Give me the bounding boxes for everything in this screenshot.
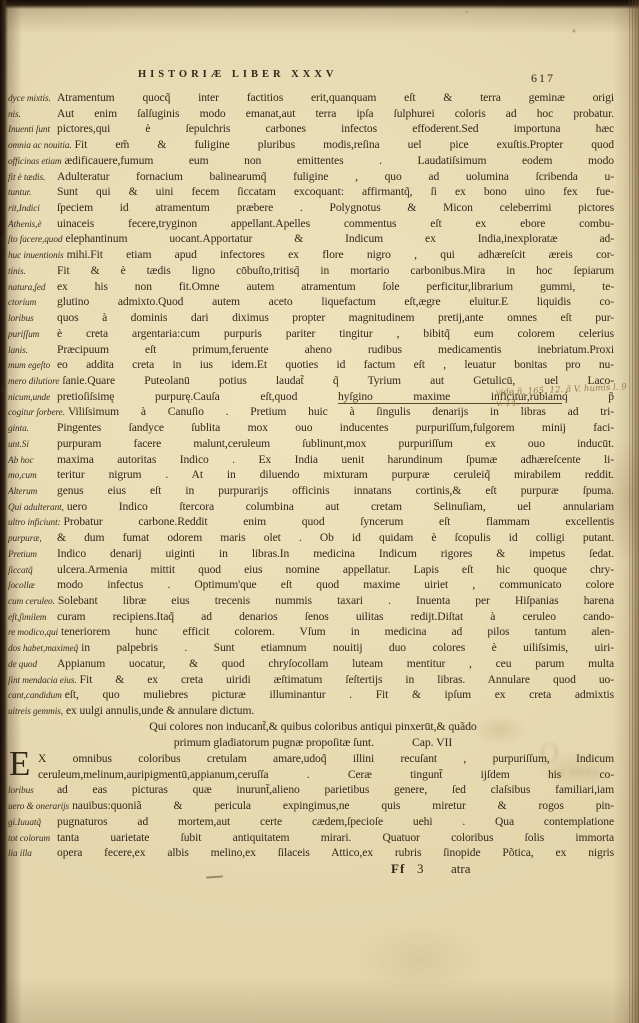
margin-overrun-fragment: tinis. bbox=[8, 265, 57, 279]
line-body: Adulteratur fornacium balinearumq̃ fulig… bbox=[57, 169, 614, 185]
line-body: curam recipiens.Itaq̃ ad denarios ſenos … bbox=[57, 609, 614, 625]
line-body: Pingentes ſandyce ſublita mox ouo induce… bbox=[57, 420, 614, 436]
margin-overrun-fragment: Pretium bbox=[8, 548, 57, 562]
text-line: tuntur.Sunt qui & uini fecem ſiccatam ex… bbox=[8, 184, 614, 200]
text-line: Inuenti ſuntpictores,qui è ſepulchris ca… bbox=[8, 121, 614, 137]
text-line: officinas etiamædificauere,fumum eum non… bbox=[8, 153, 614, 169]
catchword: atra bbox=[451, 861, 470, 877]
text-line: eſt,ſimilemcuram recipiens.Itaq̃ ad dena… bbox=[8, 609, 614, 625]
line-body: Fit & ex creta uiridi æſtimatum ſeſterti… bbox=[80, 672, 614, 688]
chapter-heading-line1: Qui colores non inducant̃,& quibus color… bbox=[30, 719, 596, 735]
text-line: lanis.Præcipuum eſt primum,feruente ahen… bbox=[8, 342, 614, 358]
margin-overrun-fragment: unt.Si bbox=[8, 438, 57, 452]
margin-overrun-fragment: mo,cum bbox=[8, 469, 57, 483]
margin-overrun-fragment: puriſſum bbox=[8, 328, 57, 342]
line-body: purpuram facere malunt,ceruleum ſublinun… bbox=[57, 436, 614, 452]
margin-overrun-fragment: cum ceruleo. bbox=[8, 595, 58, 609]
line-body: Fit & è tædis ligno cōbuſto,tritisq̃ in … bbox=[57, 263, 614, 279]
line-body: Fit em̃ & fuligine pluribus modis,reſina… bbox=[75, 137, 614, 153]
text-line: nis.Aut enim ſalſuginis modo emanat,aut … bbox=[8, 106, 614, 122]
margin-overrun-fragment: nicum,unde bbox=[8, 391, 57, 405]
line-body: ceruleum,melinum,auripigmentū,appianum,c… bbox=[38, 767, 614, 783]
margin-overrun-fragment: huc inuentionis bbox=[8, 249, 67, 263]
chapter-heading-line2-text: primum gladiatorum pugnæ propoſitæ ſunt. bbox=[174, 735, 374, 751]
margin-overrun-fragment: ſiccatq̃ bbox=[8, 564, 57, 578]
line-body: teritur nigrum . At in diluendo mixturam… bbox=[57, 467, 614, 483]
chapter-heading-line2: primum gladiatorum pugnæ propoſitæ ſunt.… bbox=[30, 735, 596, 751]
margin-overrun-fragment: ſint mendacia eius. bbox=[8, 674, 80, 688]
line-body: & dum fumat odorem maris olet . Ob id qu… bbox=[57, 530, 614, 546]
margin-overrun-fragment: purpuræ, bbox=[8, 532, 57, 546]
signature-row: Ff 3 atra bbox=[0, 861, 639, 879]
line-body: nauibus:quoniã & pericula expingimus,ne … bbox=[72, 798, 614, 814]
margin-overrun-fragment: Ab hoc bbox=[8, 454, 57, 468]
chapter-number: Cap. VII bbox=[412, 735, 452, 751]
margin-overrun-fragment: ultro inficiunt: bbox=[8, 516, 64, 530]
line-body: Aut enim ſalſuginis modo emanat,aut terr… bbox=[57, 106, 614, 122]
line-body: pictores,qui è ſepulchris carbones infec… bbox=[57, 121, 614, 137]
text-line: Athenis,èuinaceis fecere,tryginon appell… bbox=[8, 216, 614, 232]
margin-overrun-fragment: officinas etiam bbox=[8, 155, 65, 169]
line-body: X omnibus coloribus cretulam amare,udoq̃… bbox=[38, 751, 614, 767]
text-line: mum egeſtoeo addita creta in ius idem.Et… bbox=[8, 357, 614, 373]
printed-margin-mark: a bbox=[1, 384, 5, 393]
text-line: ginta.Pingentes ſandyce ſublita mox ouo … bbox=[8, 420, 614, 436]
printed-margin-mark: a bbox=[1, 234, 5, 243]
line-body: uero Indico ſtercora columbina aut creta… bbox=[67, 499, 614, 515]
line-body: Solebant libræ eius trecenis nummis taxa… bbox=[58, 593, 614, 609]
margin-overrun-fragment: fit è tædis. bbox=[8, 171, 57, 185]
text-line: X omnibus coloribus cretulam amare,udoq̃… bbox=[8, 751, 614, 767]
margin-overrun-fragment: dos habet,maximeq̃ bbox=[8, 642, 81, 656]
margin-overrun-fragment: Inuenti ſunt bbox=[8, 123, 57, 137]
text-line: ſto facere,quodelephantinum uocant.Appor… bbox=[8, 231, 614, 247]
text-line: cant,candidumeſt, quo muliebres picturæ … bbox=[8, 687, 614, 703]
line-body: in palpebris . Sunt etiamnum nouitij duo… bbox=[81, 640, 614, 656]
text-line: PretiumIndico denarij uiginti in libras.… bbox=[8, 546, 614, 562]
margin-overrun-fragment: lanis. bbox=[8, 344, 57, 358]
margin-overrun-fragment: uero & onerarijs bbox=[8, 800, 72, 814]
gathering-signature-number: 3 bbox=[417, 861, 424, 877]
line-body: maxima autoritas Indico . Ex India uenit… bbox=[57, 452, 614, 468]
line-body: Atramentum quocq̃ inter factitios erit,q… bbox=[57, 90, 614, 106]
line-body: genus eius eſt in purpurarijs officinis … bbox=[57, 483, 614, 499]
margin-overrun-fragment: tuntur. bbox=[8, 186, 57, 200]
margin-overrun-fragment: dyce mixtis. bbox=[8, 92, 57, 106]
line-body: glutino admixto.Quod autem aceto liquefa… bbox=[57, 294, 614, 310]
margin-overrun-fragment: uitreis gemmis, bbox=[8, 705, 66, 719]
text-line: Alterumgenus eius eſt in purpurarijs off… bbox=[8, 483, 614, 499]
margin-overrun-fragment: lia illa bbox=[8, 847, 57, 861]
margin-overrun-fragment: loribus bbox=[8, 312, 57, 326]
text-line: tot colorumtanta uarietate ſubit antiqui… bbox=[8, 830, 614, 846]
margin-overrun-fragment: cant,candidum bbox=[8, 689, 65, 703]
text-line: cum ceruleo.Solebant libræ eius trecenis… bbox=[8, 593, 614, 609]
text-line: omnia ac nouitia.Fit em̃ & fuligine plur… bbox=[8, 137, 614, 153]
line-body: ædificauere,fumum eum non emittentes . L… bbox=[65, 153, 614, 169]
margin-overrun-fragment: ſocollæ bbox=[8, 579, 57, 593]
margin-overrun-fragment: omnia ac nouitia. bbox=[8, 139, 75, 153]
margin-overrun-fragment: loribus bbox=[8, 784, 57, 798]
margin-overrun-fragment: re modico,qui bbox=[8, 626, 61, 640]
page-number: 617 bbox=[531, 71, 555, 86]
margin-overrun-fragment: natura,ſed bbox=[8, 281, 57, 295]
margin-overrun-fragment: mero dilutiore bbox=[8, 375, 62, 389]
chapter-heading: Qui colores non inducant̃,& quibus color… bbox=[30, 719, 596, 750]
text-line: gi.Iuuatq̃pugnaturos ad mortem,aut certe… bbox=[8, 814, 614, 830]
book-photo: HISTORIÆ LIBER XXXV 617 dyce mixtis.Atra… bbox=[0, 0, 639, 1023]
margin-overrun-fragment: mum egeſto bbox=[8, 359, 57, 373]
line-body: Indico denarij uiginti in libras.In medi… bbox=[57, 546, 614, 562]
margin-overrun-fragment: ctorium bbox=[8, 296, 57, 310]
running-header: HISTORIÆ LIBER XXXV bbox=[138, 69, 538, 80]
text-line: re modico,quiteneriorem hunc efficit col… bbox=[8, 624, 614, 640]
margin-overrun-fragment: ginta. bbox=[8, 422, 57, 436]
gathering-signature: Ff bbox=[391, 861, 405, 877]
line-body: è creta argentaria:cum purpuris pariter … bbox=[57, 326, 614, 342]
text-line: de quodAppianum uocatur, & quod chryſoco… bbox=[8, 656, 614, 672]
text-line: natura,ſedex his non fit.Omne autem atra… bbox=[8, 279, 614, 295]
line-body: Sunt qui & uini fecem ſiccatam excoquant… bbox=[57, 184, 614, 200]
text-line: rit,Indiciſpeciem id atramentum præbere … bbox=[8, 200, 614, 216]
margin-overrun-fragment: gi.Iuuatq̃ bbox=[8, 816, 57, 830]
text-line: dos habet,maximeq̃in palpebris . Sunt et… bbox=[8, 640, 614, 656]
text-line: ſiccatq̃ulcera.Armenia mittit quod eius … bbox=[8, 562, 614, 578]
text-line: uero & onerarijsnauibus:quoniã & pericul… bbox=[8, 798, 614, 814]
text-line: lia illaopera fecere,ex albis melino,ex … bbox=[8, 845, 614, 861]
text-line: purpuræ,& dum fumat odorem maris olet . … bbox=[8, 530, 614, 546]
line-body: tanta uarietate ſubit antiquitatem mirar… bbox=[57, 830, 614, 846]
line-body: ſpeciem id atramentum præbere . Polygnot… bbox=[57, 200, 614, 216]
line-body: opera fecere,ex albis melino,ex ſilaceis… bbox=[57, 845, 614, 861]
margin-overrun-fragment: Qui adulterant, bbox=[8, 501, 67, 515]
text-line: Ab hocmaxima autoritas Indico . Ex India… bbox=[8, 452, 614, 468]
line-body: eſt, quo muliebres picturæ illuminantur … bbox=[65, 687, 614, 703]
line-body: eo addita creta in ius idem.Et quoties i… bbox=[57, 357, 614, 373]
line-body: uinaceis fecere,tryginon appellant.Apell… bbox=[57, 216, 614, 232]
line-body: elephantinum uocant.Apportatur & Indicum… bbox=[65, 231, 614, 247]
line-body: Præcipuum eſt primum,feruente aheno rudi… bbox=[57, 342, 614, 358]
text-line: uitreis gemmis,ex uulgi annulis,unde & a… bbox=[8, 703, 614, 719]
line-body: ulcera.Armenia mittit quod eius nomine a… bbox=[57, 562, 614, 578]
text-line: Qui adulterant,uero Indico ſtercora colu… bbox=[8, 499, 614, 515]
line-body: quos à dominis dari diximus propter magn… bbox=[57, 310, 614, 326]
margin-overrun-fragment: tot colorum bbox=[8, 832, 57, 846]
line-body: ex uulgi annulis,unde & annulare dictum. bbox=[66, 703, 614, 719]
line-body: modo infectus . Optimum'que eſt quod max… bbox=[57, 577, 614, 593]
chapter-text-block: X omnibus coloribus cretulam amare,udoq̃… bbox=[8, 751, 614, 861]
margin-overrun-fragment: rit,Indici bbox=[8, 202, 57, 216]
line-body: ex his non fit.Omne autem atramentum ſol… bbox=[57, 279, 614, 295]
margin-overrun-fragment: Athenis,è bbox=[8, 218, 57, 232]
text-line: unt.Sipurpuram facere malunt,ceruleum ſu… bbox=[8, 436, 614, 452]
text-line: tinis.Fit & è tædis ligno cōbuſto,tritis… bbox=[8, 263, 614, 279]
text-line: ſocollæmodo infectus . Optimum'que eſt q… bbox=[8, 577, 614, 593]
photo-edge-top bbox=[0, 0, 639, 9]
text-line: ſint mendacia eius.Fit & ex creta uiridi… bbox=[8, 672, 614, 688]
text-line: loribusquos à dominis dari diximus propt… bbox=[8, 310, 614, 326]
margin-overrun-fragment: nis. bbox=[8, 108, 57, 122]
text-line: dyce mixtis.Atramentum quocq̃ inter fact… bbox=[8, 90, 614, 106]
text-line: fit è tædis.Adulteratur fornacium baline… bbox=[8, 169, 614, 185]
line-body: mihi.Fit etiam apud infectores ex flore … bbox=[67, 247, 614, 263]
line-body: ad eas picturas quæ inurunt̃,alieno pari… bbox=[57, 782, 614, 798]
text-line: ctoriumglutino admixto.Quod autem aceto … bbox=[8, 294, 614, 310]
text-line: puriſſumè creta argentaria:cum purpuris … bbox=[8, 326, 614, 342]
margin-overrun-fragment: de quod bbox=[8, 658, 57, 672]
text-line: mo,cumteritur nigrum . At in diluendo mi… bbox=[8, 467, 614, 483]
line-body: Probatur carbone.Reddit enim quod ſyncer… bbox=[64, 514, 614, 530]
margin-overrun-fragment: cogitur ſorbere. bbox=[8, 406, 68, 420]
text-line: ceruleum,melinum,auripigmentū,appianum,c… bbox=[8, 767, 614, 783]
line-body: Appianum uocatur, & quod chryſocollam lu… bbox=[57, 656, 614, 672]
line-body: pugnaturos ad mortem,aut certe cædem,ſpe… bbox=[57, 814, 614, 830]
margin-overrun-fragment: ſto facere,quod bbox=[8, 233, 65, 247]
margin-overrun-fragment: eſt,ſimilem bbox=[8, 611, 57, 625]
text-line: loribusad eas picturas quæ inurunt̃,alie… bbox=[8, 782, 614, 798]
text-line: ultro inficiunt:Probatur carbone.Reddit … bbox=[8, 514, 614, 530]
line-body: teneriorem hunc efficit colorem. Vſum in… bbox=[61, 624, 614, 640]
margin-overrun-fragment: Alterum bbox=[8, 485, 57, 499]
text-line: huc inuentionismihi.Fit etiam apud infec… bbox=[8, 247, 614, 263]
